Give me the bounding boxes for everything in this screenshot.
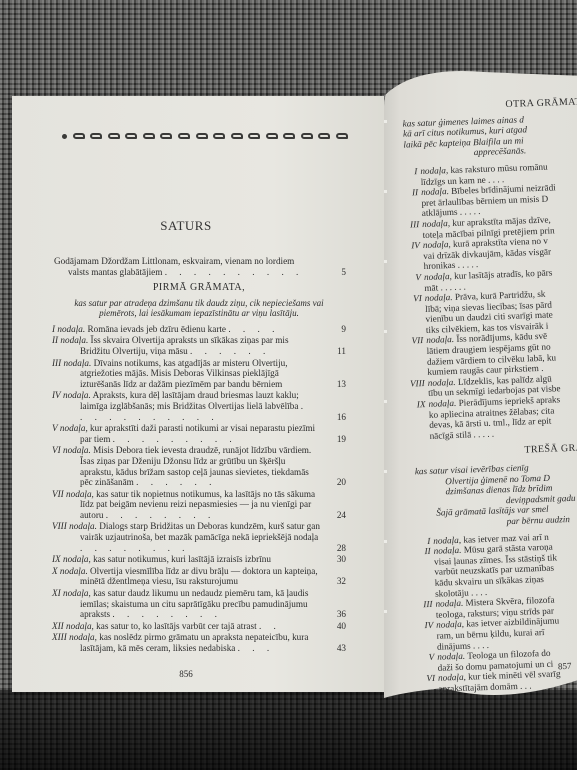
chapter-label: nodaļa,: [423, 239, 451, 250]
chapter-title: Dialogs starp Bridžitas un Deboras kundz…: [80, 521, 320, 542]
chapter-number: II: [395, 187, 421, 198]
page-number: 5: [324, 267, 346, 278]
chapter-label: nodaļa,: [60, 423, 88, 433]
ornament-scroll-icon: [73, 133, 85, 139]
chapter-number: IV: [397, 240, 423, 251]
chapter-label: nodaļa.: [433, 545, 461, 556]
ornament-scroll-icon: [160, 133, 172, 139]
page-number: 19: [324, 434, 346, 445]
chapter-number: VIII: [52, 521, 67, 531]
chapter-number: I: [52, 324, 55, 334]
toc-entry: IV nodaļa. Apraksts, kura dēļ lasītājam …: [52, 390, 346, 422]
page-number: 30: [324, 554, 346, 565]
chapter-label: nodaļa.: [69, 521, 97, 531]
page-number: 40: [324, 621, 346, 632]
page-number: 43: [324, 643, 346, 654]
chapter-number: IV: [52, 390, 61, 400]
leader-dots: . . . . . . . .: [112, 609, 221, 619]
leader-dots: . . . . . . . . . .: [165, 267, 304, 277]
chapter-label: nodaļa,: [438, 672, 466, 683]
chapter-title: kas noslēdz pirmo grāmatu un apraksta ne…: [80, 632, 308, 653]
chapter-number: IX: [52, 554, 61, 564]
chapter-number: VII: [400, 335, 426, 346]
toc-entry: XI nodaļa, kas satur daudz likumu un ned…: [52, 588, 346, 620]
ornament-scroll-icon: [143, 133, 155, 139]
chapter-label: nodaļa,: [422, 218, 450, 229]
ornament-scroll-icon: [283, 133, 295, 139]
page-number: 28: [324, 543, 346, 554]
chapter-label: nodaļa.: [437, 651, 465, 662]
page-number: 11: [324, 346, 346, 357]
page-number: 13: [324, 379, 346, 390]
leader-dots: . . . . . .: [136, 477, 216, 487]
toc-entry: IX nodaļa, kas satur notikumus, kuri las…: [52, 554, 346, 565]
toc-entry: X nodaļa. Olvertija viesmīlība līdz ar d…: [52, 566, 346, 587]
chapter-number: X: [52, 566, 58, 576]
chapter-label: nodaļa.: [63, 358, 91, 368]
toc-entry: V nodaļa, kur aprakstīti daži parasti no…: [52, 423, 346, 444]
ornament-scroll-icon: [213, 133, 225, 139]
book-subtitle: kas satur par atradeņa dzimšanu tik daud…: [52, 298, 346, 318]
chapter-number: II: [407, 546, 433, 557]
chapter-number: IX: [402, 399, 428, 410]
chapter-label: nodaļa.: [425, 292, 453, 303]
book-heading: PIRMĀ GRĀMATA,: [52, 283, 346, 294]
chapter-number: V: [398, 272, 424, 283]
page-title: SATURS: [0, 218, 372, 234]
chapter-number: VI: [412, 673, 438, 684]
chapter-number: XII: [52, 621, 64, 631]
ornament-scroll-icon: [178, 133, 190, 139]
chapter-number: VI: [52, 445, 61, 455]
toc-entry: II nodaļa. Īss skvaira Olvertija aprakst…: [52, 335, 346, 356]
page-number: 36: [324, 609, 346, 620]
page-number: 16: [324, 412, 346, 423]
chapter-title: kas satur notikumus, kuri lasītājā izrai…: [93, 554, 271, 564]
chapter-label: nodaļa.: [60, 566, 88, 576]
page-number: 24: [324, 510, 346, 521]
ornament-scroll-icon: [336, 133, 348, 139]
chapter-label: nodaļa.: [435, 598, 463, 609]
leader-dots: . . . . . .: [190, 346, 270, 356]
chapter-number: IV: [410, 620, 436, 631]
chapter-number: XI: [52, 588, 61, 598]
chapter-label: nodaļa.: [428, 377, 456, 388]
leader-dots: . .: [259, 621, 281, 631]
chapter-label: nodaļa,: [424, 271, 452, 282]
table-of-contents: Godājamam Džordžam Littlonam, eskvairam,…: [52, 256, 346, 655]
leader-dots: . . . . . . . . .: [113, 434, 237, 444]
chapter-number: V: [52, 423, 58, 433]
chapter-number: VII: [52, 489, 64, 499]
page-number: 20: [324, 477, 346, 488]
toc-entry: VI nodaļa. Misis Debora tiek ievesta dra…: [52, 445, 346, 487]
toc-entry: VII nodaļa, kas satur tik nopietnus noti…: [52, 489, 346, 521]
page-number: 32: [324, 576, 346, 587]
ornament-scroll-icon: [125, 133, 137, 139]
toc-dedication: Godājamam Džordžam Littlonam, eskvairam,…: [52, 256, 346, 277]
toc-entry: XIII nodaļa, kas noslēdz pirmo grāmatu u…: [52, 632, 346, 653]
chapter-label: nodaļa.: [63, 390, 91, 400]
dedication-text: valsts mantas glabātājiem: [68, 267, 162, 277]
toc-entry: III nodaļa. Dīvains notikums, kas atgadī…: [52, 358, 346, 390]
binding-stitch: [384, 120, 387, 680]
leader-dots: . . .: [238, 643, 274, 653]
chapter-label: nodaļa,: [66, 621, 94, 631]
chapter-number: III: [52, 358, 61, 368]
ornament-dot-icon: [62, 134, 67, 139]
chapter-label: nodaļa.: [60, 335, 88, 345]
leader-dots: . . . .: [228, 324, 279, 334]
chapter-number: VIII: [402, 378, 428, 389]
leader-dots: . . . . . . . .: [106, 510, 215, 520]
ornament-scroll-icon: [196, 133, 208, 139]
chapter-label: nodaļa.: [426, 334, 454, 345]
ornament-scroll-icon: [301, 133, 313, 139]
chapter-title: Dīvains notikums, kas atgadījās ar miste…: [80, 358, 288, 389]
leader-dots: . . . . . . . .: [80, 543, 189, 553]
chapter-number: II: [52, 335, 58, 345]
right-page-toc: OTRA GRĀMATA kas satur ģimenes laimes ai…: [392, 97, 577, 695]
chapter-label: nodaļa.: [63, 445, 91, 455]
chapter-label: nodaļa,: [63, 554, 91, 564]
toc-entry: XII nodaļa, kas satur to, ko lasītājs va…: [52, 621, 346, 632]
chapter-title: Olvertija viesmīlība līdz ar divu brāļu …: [80, 566, 318, 587]
chapter-label: nodaļa,: [66, 489, 94, 499]
page-number: 9: [324, 324, 346, 335]
dedication-line-1: Godājamam Džordžam Littlonam, eskvairam,…: [54, 256, 320, 267]
chapter-number: VI: [399, 293, 425, 304]
chapter-number: III: [396, 219, 422, 230]
page-folio-left: 856: [0, 669, 372, 679]
table-surface-shadow: [0, 690, 577, 770]
decorative-ornament-border: [62, 131, 348, 141]
chapter-label: nodaļa,: [436, 619, 464, 630]
chapter-number: XIII: [52, 632, 67, 642]
toc-entry: I nodaļa. Romāna ievads jeb dzīru ēdienu…: [52, 324, 346, 335]
chapter-label: nodaļa.: [421, 186, 449, 197]
book-heading: TREŠĀ GRĀMA: [404, 443, 577, 461]
ornament-scroll-icon: [108, 133, 120, 139]
chapter-label: nodaļa,: [420, 165, 448, 176]
page-folio-right: 857: [558, 661, 572, 672]
ornament-scroll-icon: [248, 133, 260, 139]
toc-entry: VIII nodaļa. Dialogs starp Bridžitas un …: [52, 521, 346, 553]
chapter-title: Apraksts, kura dēļ lasītājam draud bries…: [80, 390, 299, 411]
chapter-title: Romāna ievads jeb dzīru ēdienu karte: [87, 324, 226, 334]
ornament-scroll-icon: [231, 133, 243, 139]
chapter-label: nodaļa.: [428, 398, 456, 409]
dedication-line-2: valsts mantas glabātājiem . . . . . . . …: [54, 267, 320, 278]
chapter-number: I: [394, 166, 420, 177]
chapter-label: nodaļa,: [63, 588, 91, 598]
chapter-label: nodaļa,: [69, 632, 97, 642]
ornament-scroll-icon: [318, 133, 330, 139]
ornament-scroll-icon: [90, 133, 102, 139]
chapter-number: III: [409, 599, 435, 610]
chapter-label: nodaļa.: [57, 324, 85, 334]
chapter-number: V: [411, 652, 437, 663]
chapter-title: kas satur to, ko lasītājs varbūt cer taj…: [96, 621, 256, 631]
ornament-scroll-icon: [266, 133, 278, 139]
chapter-label: nodaļa,: [433, 534, 461, 545]
